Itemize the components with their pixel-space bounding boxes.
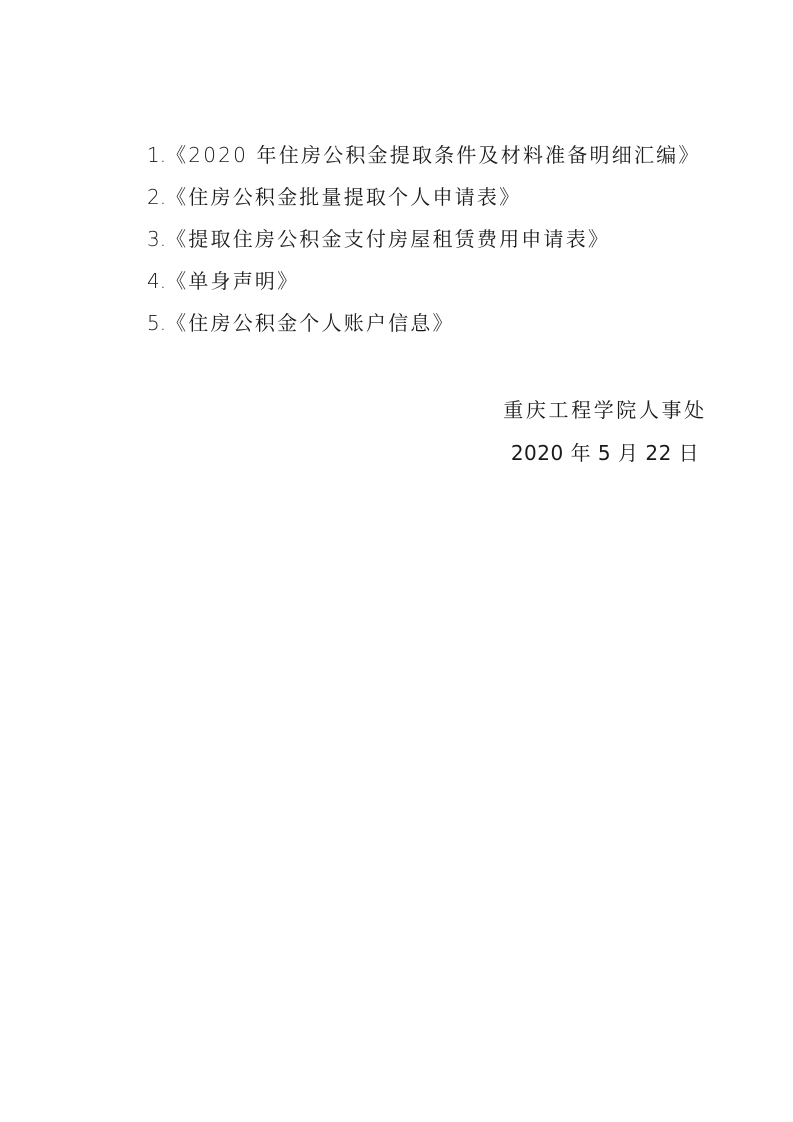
- attachment-title: 《提取住房公积金支付房屋租赁费用申请表》: [166, 227, 610, 251]
- attachment-item: 1.《2020 年住房公积金提取条件及材料准备明细汇编》: [147, 145, 701, 165]
- attachment-number: 1.: [147, 143, 166, 167]
- attachment-title: 《住房公积金批量提取个人申请表》: [166, 185, 521, 209]
- signature-block: 重庆工程学院人事处 2020 年 5 月 22 日: [500, 400, 710, 463]
- attachment-item: 3.《提取住房公积金支付房屋租赁费用申请表》: [147, 229, 701, 249]
- attachment-item: 5.《住房公积金个人账户信息》: [147, 313, 701, 333]
- issuing-organization: 重庆工程学院人事处: [500, 400, 710, 420]
- attachment-list: 1.《2020 年住房公积金提取条件及材料准备明细汇编》 2.《住房公积金批量提…: [147, 145, 701, 355]
- attachment-title: 《2020 年住房公积金提取条件及材料准备明细汇编》: [166, 143, 700, 167]
- attachment-title: 《单身声明》: [166, 269, 299, 293]
- attachment-number: 4.: [147, 269, 166, 293]
- attachment-title: 《住房公积金个人账户信息》: [166, 311, 455, 335]
- attachment-number: 2.: [147, 185, 166, 209]
- attachment-number: 3.: [147, 227, 166, 251]
- issue-date: 2020 年 5 月 22 日: [500, 443, 710, 463]
- attachment-item: 2.《住房公积金批量提取个人申请表》: [147, 187, 701, 207]
- attachment-number: 5.: [147, 311, 166, 335]
- attachment-item: 4.《单身声明》: [147, 271, 701, 291]
